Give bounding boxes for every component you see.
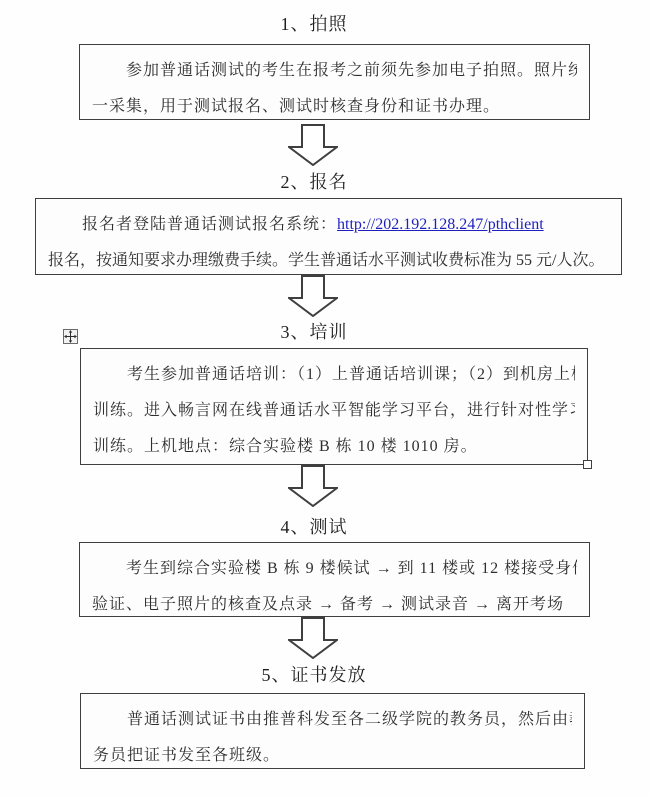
step-1-title: 1、拍照 (0, 10, 628, 36)
step-5-line-2: 务员把证书发至各班级。 (93, 738, 572, 769)
step-1-line-2: 一采集，用于测试报名、测试时核查身份和证书办理。 (92, 89, 577, 120)
step-5-line-1: 普通话测试证书由推普科发至各二级学院的教务员，然后由教 (93, 702, 572, 738)
registration-system-link[interactable]: http://202.192.128.247/pthclient (337, 216, 544, 233)
step-2-title: 2、报名 (0, 168, 628, 194)
down-arrow-icon (288, 465, 338, 507)
step-1-box: 参加普通话测试的考生在报考之前须先参加电子拍照。照片统 一采集，用于测试报名、测… (79, 44, 590, 120)
step-5-box: 普通话测试证书由推普科发至各二级学院的教务员，然后由教 务员把证书发至各班级。 (80, 693, 585, 769)
down-arrow-icon (288, 275, 338, 317)
step-3-line-2: 训练。进入畅言网在线普通话水平智能学习平台，进行针对性学习 (93, 393, 575, 429)
down-arrow-icon (288, 617, 338, 659)
step-4-box: 考生到综合实验楼 B 栋 9 楼候试 → 到 11 楼或 12 楼接受身份 验证… (79, 542, 590, 617)
step-3-line-3: 训练。上机地点：综合实验楼 B 栋 10 楼 1010 房。 (93, 429, 575, 465)
resize-handle-icon[interactable] (583, 460, 592, 469)
move-handle-icon[interactable] (63, 329, 78, 344)
step-1-line-1: 参加普通话测试的考生在报考之前须先参加电子拍照。照片统 (92, 53, 577, 89)
step-4-title: 4、测试 (0, 513, 628, 539)
step-4-line-1: 考生到综合实验楼 B 栋 9 楼候试 → 到 11 楼或 12 楼接受身份 (92, 551, 577, 587)
document-page: 1、拍照 参加普通话测试的考生在报考之前须先参加电子拍照。照片统 一采集，用于测… (0, 0, 650, 797)
step-2-line-2: 报名，按通知要求办理缴费手续。学生普通话水平测试收费标准为 55 元/人次。 (48, 243, 609, 275)
step-3-title: 3、培训 (0, 318, 628, 344)
four-direction-arrows-icon (64, 330, 77, 343)
down-arrow-icon (288, 124, 338, 166)
step-3-line-1: 考生参加普通话培训：（1）上普通话培训课；（2）到机房上机 (93, 357, 575, 393)
step-2-box: 报名者登陆普通话测试报名系统：http://202.192.128.247/pt… (35, 198, 622, 275)
step-2-line-1-text: 报名者登陆普通话测试报名系统： (82, 216, 337, 233)
step-5-title: 5、证书发放 (0, 661, 628, 687)
step-3-box: 考生参加普通话培训：（1）上普通话培训课；（2）到机房上机 训练。进入畅言网在线… (80, 348, 588, 465)
step-2-line-1: 报名者登陆普通话测试报名系统：http://202.192.128.247/pt… (48, 207, 609, 243)
step-4-line-2: 验证、电子照片的核查及点录 → 备考 → 测试录音 → 离开考场 (92, 587, 577, 617)
